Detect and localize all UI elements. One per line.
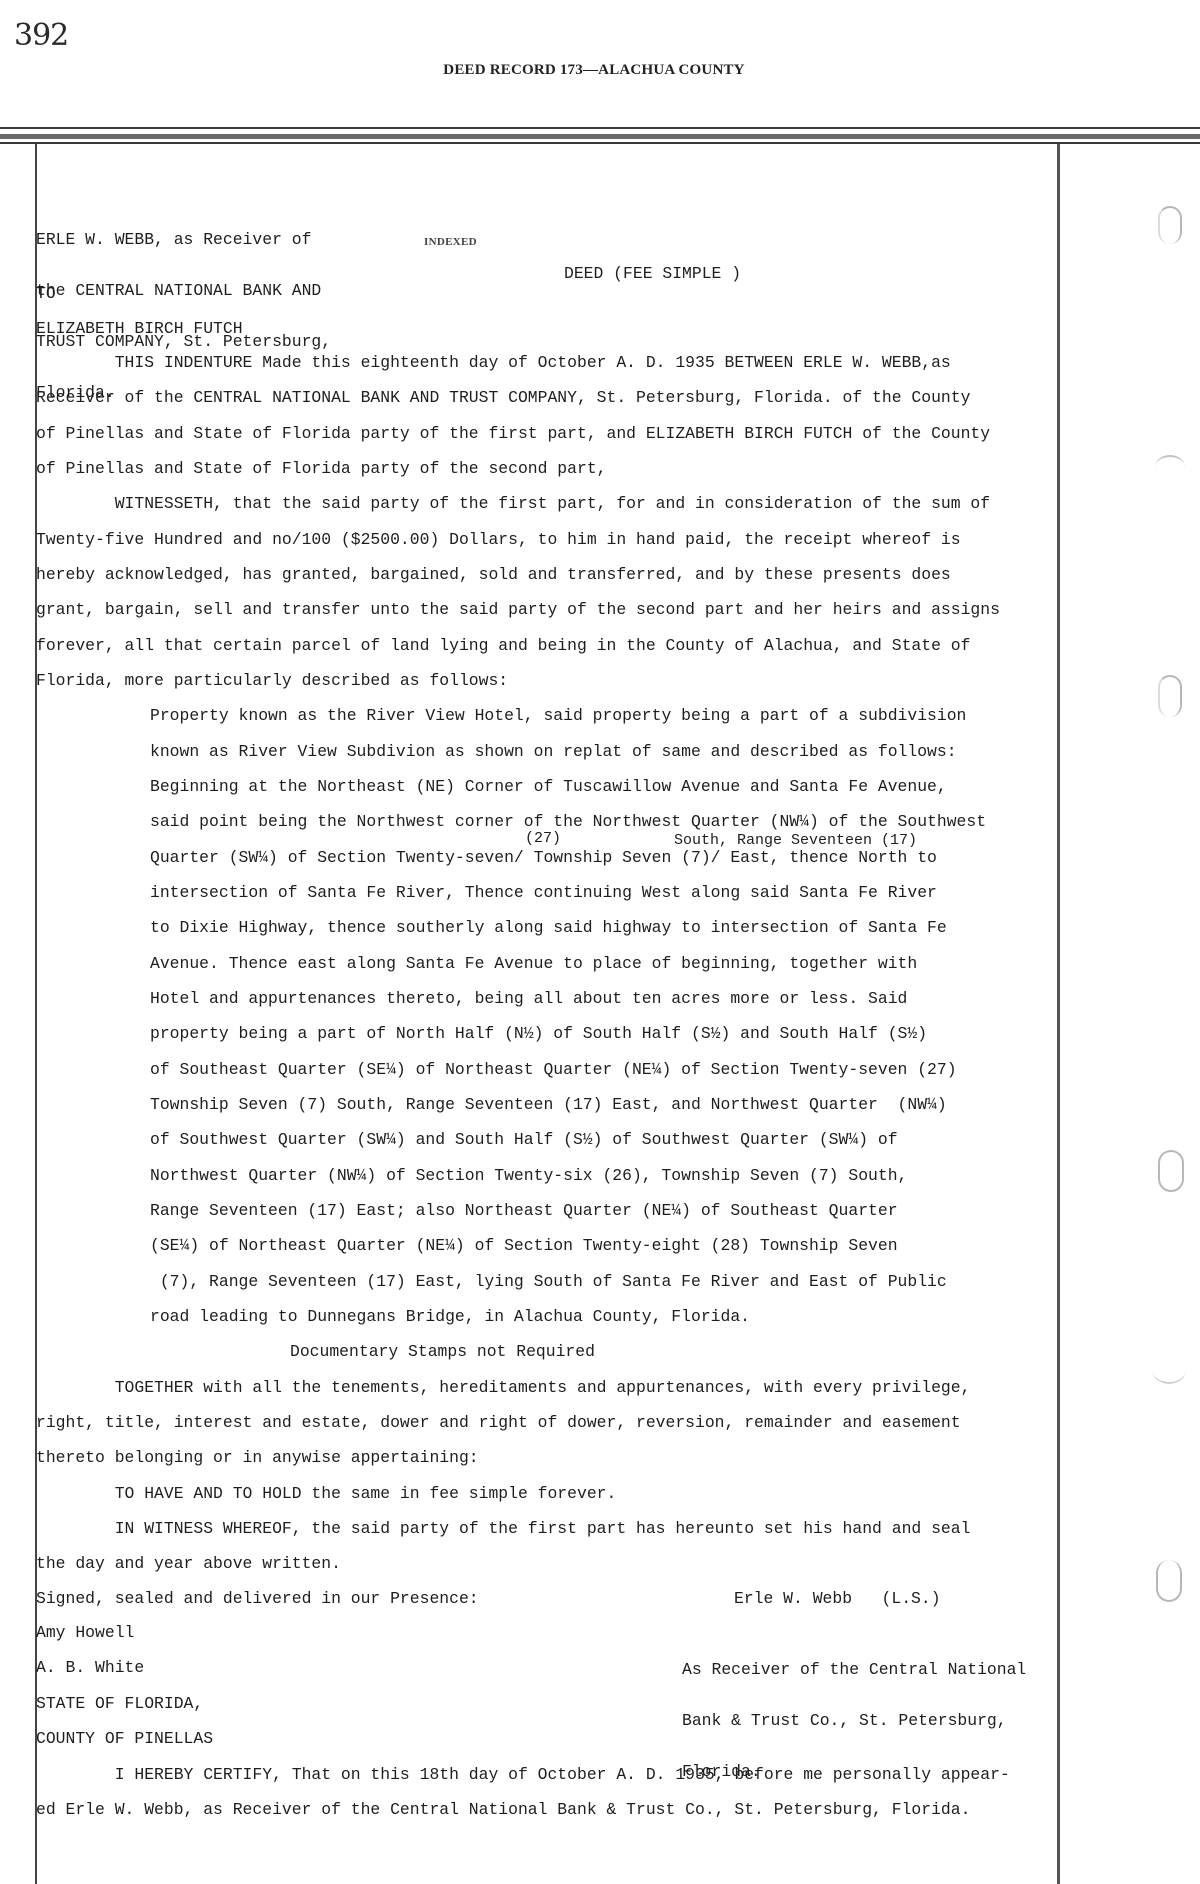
body-line: right, title, interest and estate, dower… (36, 1413, 961, 1432)
description-line: Property known as the River View Hotel, … (150, 706, 966, 725)
to-label: TO (36, 284, 56, 303)
body-line: hereby acknowledged, has granted, bargai… (36, 565, 951, 584)
right-margin-rule (1057, 144, 1060, 1884)
binder-hole-icon (1158, 675, 1182, 717)
body-line: WITNESSETH, that the said party of the f… (36, 494, 990, 513)
signer-title-block: As Receiver of the Central National Bank… (682, 1627, 1026, 1814)
grantee-name: ELIZABETH BIRCH FUTCH (36, 319, 243, 338)
ack-county: COUNTY OF PINELLAS (36, 1729, 213, 1748)
description-line: of Southwest Quarter (SW¼) and South Hal… (150, 1130, 898, 1149)
body-line: Twenty-five Hundred and no/100 ($2500.00… (36, 530, 961, 549)
description-line: said point being the Northwest corner of… (150, 812, 986, 831)
body-line: of Pinellas and State of Florida party o… (36, 424, 990, 443)
binder-hole-icon (1156, 1560, 1182, 1602)
description-line: intersection of Santa Fe River, Thence c… (150, 883, 937, 902)
ack-line: ed Erle W. Webb, as Receiver of the Cent… (36, 1800, 970, 1819)
interlineation-section: (27) (525, 830, 561, 847)
body-line: thereto belonging or in anywise appertai… (36, 1448, 479, 1467)
description-line: road leading to Dunnegans Bridge, in Ala… (150, 1307, 750, 1326)
body-line: THIS INDENTURE Made this eighteenth day … (36, 353, 951, 372)
header-rule-top (0, 127, 1200, 129)
description-line: to Dixie Highway, thence southerly along… (150, 918, 947, 937)
page-number: 392 (14, 18, 68, 53)
ack-line: I HEREBY CERTIFY, That on this 18th day … (36, 1765, 1010, 1784)
description-line: Quarter (SW¼) of Section Twenty-seven/ T… (150, 848, 937, 867)
deed-type-title: DEED (FEE SIMPLE ) (564, 264, 741, 283)
grantor-line: ERLE W. WEBB, as Receiver of (36, 231, 331, 248)
grantor-line: the CENTRAL NATIONAL BANK AND (36, 282, 331, 299)
header-rule-bottom (0, 142, 1200, 144)
signer-title-line: As Receiver of the Central National (682, 1661, 1026, 1678)
binder-arc-icon (1155, 455, 1185, 479)
body-line: Receiver of the CENTRAL NATIONAL BANK AN… (36, 388, 970, 407)
description-line: Range Seventeen (17) East; also Northeas… (150, 1201, 898, 1220)
body-line: TOGETHER with all the tenements, heredit… (36, 1378, 970, 1397)
presence-label: Signed, sealed and delivered in our Pres… (36, 1589, 479, 1608)
stamps-note: Documentary Stamps not Required (290, 1342, 595, 1361)
description-line: known as River View Subdivion as shown o… (150, 742, 957, 761)
body-line: forever, all that certain parcel of land… (36, 636, 970, 655)
header-rule-thick (0, 134, 1200, 139)
binder-hole-icon (1158, 206, 1182, 244)
description-line: (SE¼) of Northeast Quarter (NE¼) of Sect… (150, 1236, 898, 1255)
running-head-text: DEED RECORD 173—ALACHUA COUNTY (443, 62, 744, 78)
indexed-stamp: INDEXED (424, 236, 477, 248)
witness-name: A. B. White (36, 1658, 144, 1677)
description-line: of Southeast Quarter (SE¼) of Northeast … (150, 1060, 957, 1079)
binder-arc-icon (1152, 1356, 1186, 1384)
body-line: Florida, more particularly described as … (36, 671, 508, 690)
body-line: the day and year above written. (36, 1554, 341, 1573)
body-line: of Pinellas and State of Florida party o… (36, 459, 607, 478)
description-line: property being a part of North Half (N½)… (150, 1024, 927, 1043)
description-line: Hotel and appurtenances thereto, being a… (150, 989, 907, 1008)
description-line: Beginning at the Northeast (NE) Corner o… (150, 777, 947, 796)
binder-hole-icon (1158, 1150, 1184, 1192)
description-line: Avenue. Thence east along Santa Fe Avenu… (150, 954, 917, 973)
body-line: grant, bargain, sell and transfer unto t… (36, 600, 1000, 619)
witness-name: Amy Howell (36, 1623, 134, 1642)
description-line: (7), Range Seventeen (17) East, lying So… (150, 1272, 947, 1291)
running-head: DEED RECORD 173—ALACHUA COUNTY (0, 62, 1200, 79)
description-line: Township Seven (7) South, Range Seventee… (150, 1095, 947, 1114)
body-line: IN WITNESS WHEREOF, the said party of th… (36, 1519, 970, 1538)
signer-title-line: Bank & Trust Co., St. Petersburg, (682, 1712, 1026, 1729)
signer-name: Erle W. Webb (L.S.) (734, 1589, 941, 1608)
interlineation-range: South, Range Seventeen (17) (674, 832, 917, 849)
habendum-line: TO HAVE AND TO HOLD the same in fee simp… (36, 1484, 616, 1503)
ack-state: STATE OF FLORIDA, (36, 1694, 203, 1713)
description-line: Northwest Quarter (NW¼) of Section Twent… (150, 1166, 907, 1185)
